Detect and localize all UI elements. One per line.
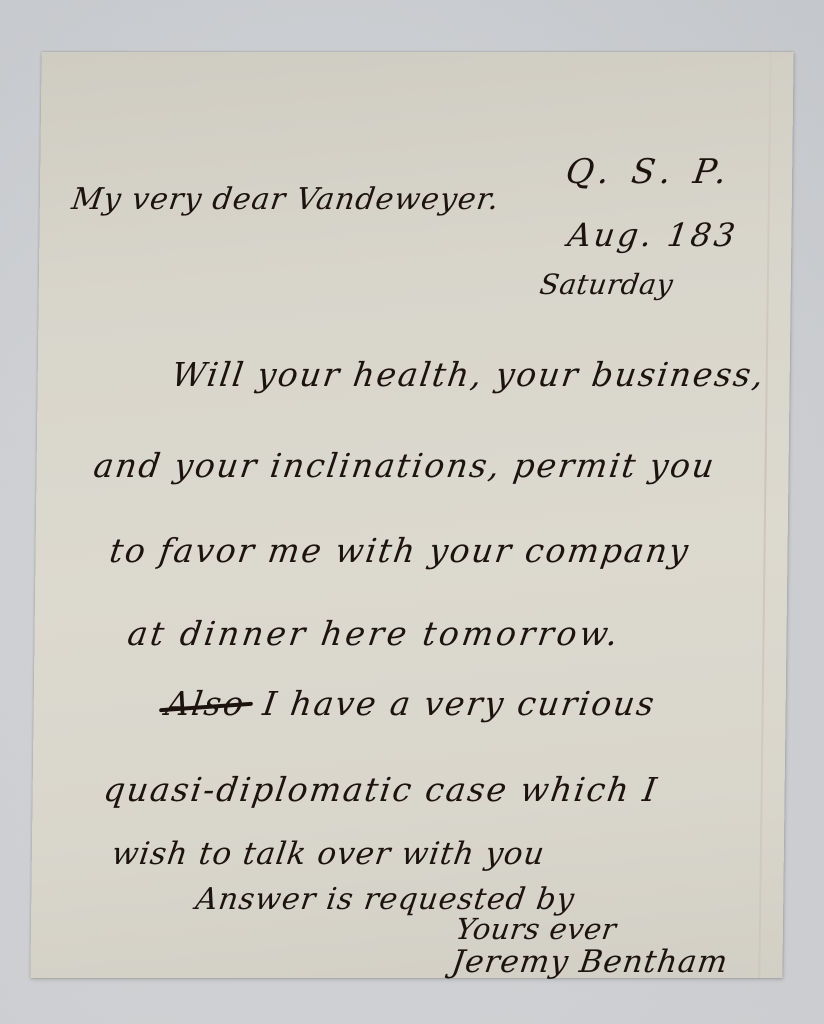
- body-line-2: and your inclinations, permit you: [91, 446, 718, 485]
- paper-fold-line: [758, 52, 771, 978]
- signature: Jeremy Bentham: [449, 944, 730, 980]
- body-line-5: AlsoI have a very curious: [163, 684, 658, 723]
- body-line-3: to favor me with your company: [107, 531, 692, 570]
- letter-weekday: Saturday: [538, 268, 676, 301]
- salutation: My very dear Vandeweyer.: [70, 182, 502, 217]
- body-line-7: wish to talk over with you: [109, 836, 547, 872]
- place-heading: Q. S. P.: [563, 152, 735, 192]
- struck-out-word: Also: [163, 684, 248, 723]
- closing: Yours ever: [454, 912, 619, 946]
- body-line-5-text: I have a very curious: [260, 684, 658, 723]
- body-line-6: quasi-diplomatic case which I: [101, 770, 661, 809]
- body-line-1: Will your health, your business,: [169, 355, 768, 394]
- letter-date: Aug. 183: [565, 216, 740, 254]
- body-line-4: at dinner here tomorrow.: [125, 614, 623, 653]
